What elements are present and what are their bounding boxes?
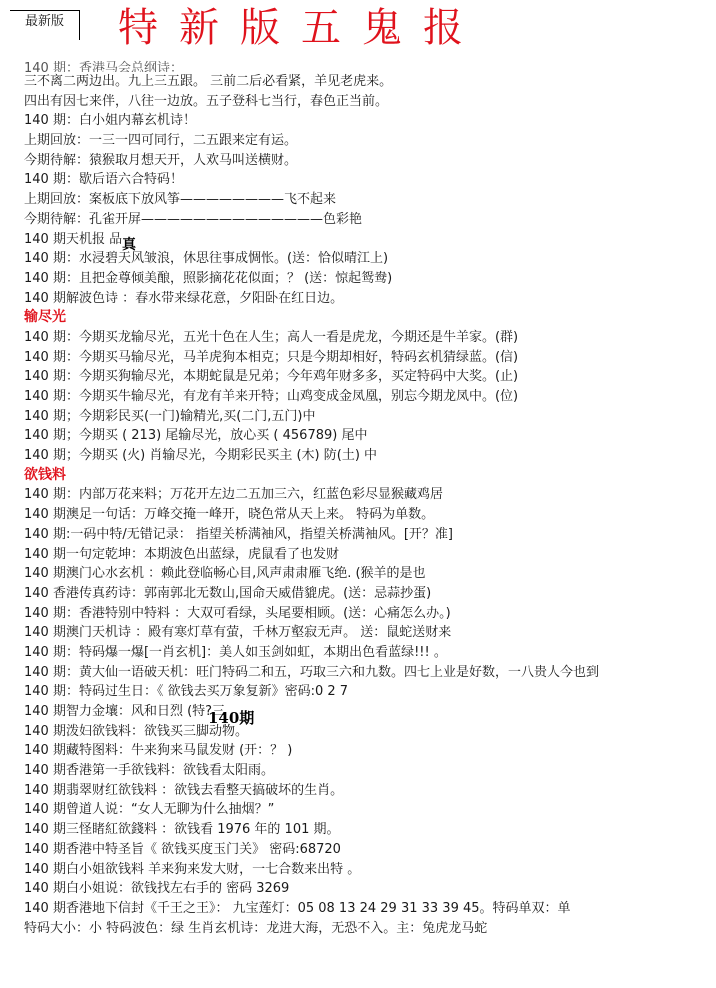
text-line: 140 期；今期买 ( 213) 尾输尽光，放心买 ( 456789) 尾中 — [24, 426, 714, 446]
text-line: 140 期一句定乾坤：本期波色出蓝绿，虎鼠看了也发财 — [24, 545, 714, 565]
text-line: 三不离二两边出。九上三五跟。 三前二后必看紧，羊见老虎来。 — [24, 72, 714, 92]
text-line: 140 期澳足一句话：万峰交掩一峰开，晓色常从天上来。 特码为单数。 — [24, 505, 714, 525]
overlay-issue-stamp: 140期 — [208, 707, 254, 728]
text-line: 140 期：特码爆一爆[一肖玄机]：美人如玉剑如虹，本期出色看蓝绿!!! 。 — [24, 643, 714, 663]
text-line: 140 期三怪睹紅欲錢料 ：欲钱看 1976 年的 101 期。 — [24, 820, 714, 840]
text-line: 140 期:一码中特/无错记录： 指望关桥满袖风，指望关桥满袖风。[开？准] — [24, 525, 714, 545]
text-line: 140 期：今期买龙输尽光，五光十色在人生；高人一看是虎龙，今期还是牛羊家。(群… — [24, 328, 714, 348]
text-line: 140 期白小姐欲钱料 羊来狗来发大财，一七合数来出特 。 — [24, 860, 714, 880]
text-line: 140 期澳门天机诗 ：殿有寒灯草有萤，千林万壑寂无声。 送：鼠蛇送财来 — [24, 623, 714, 643]
page-title: 特新版五鬼报 — [118, 4, 484, 52]
badge-label: 最新版 — [25, 14, 64, 29]
text-line: 140 期香港地下信封《千王之王》： 九宝莲灯：05 08 13 24 29 3… — [24, 899, 714, 919]
text-line: 140 期：歇后语六合特码！ — [24, 170, 714, 190]
overlay-zhen: 真 — [122, 234, 136, 254]
text-line: 140 期：香港马会总纲诗： — [24, 60, 714, 72]
text-line: 140 期藏特图料：牛来狗来马鼠发财 (开：？ ) — [24, 741, 714, 761]
text-line: 上期回放：一三一四可同行，二五跟来定有运。 — [24, 131, 714, 151]
text-line: 特码大小：小 特码波色：绿 生肖玄机诗：龙进大海，无恐不入。主：兔虎龙马蛇 — [24, 919, 714, 939]
article-body: 140 期：香港马会总纲诗：三不离二两边出。九上三五跟。 三前二后必看紧，羊见老… — [24, 60, 714, 938]
text-line: 四出有因七来伴，八往一边放。五子登科七当行，春色正当前。 — [24, 92, 714, 112]
text-line: 140 期澳门心水玄机 ：赖此登临畅心目,风声肃肃雁飞绝. (猴羊的是也 — [24, 564, 714, 584]
text-line: 140 期：今期买牛输尽光，有龙有羊来开特；山鸡变成金凤凰，别忘今期龙凤中。(位… — [24, 387, 714, 407]
text-line: 140 期曾道人说：“女人无聊为什么抽烟？” — [24, 800, 714, 820]
text-line: 140 香港传真药诗：郭南郭北无数山,国命天威借貔虎。(送：忌蒜抄蛋) — [24, 584, 714, 604]
text-line: 今期待解：猿猴取月想天开，人欢马叫送横财。 — [24, 151, 714, 171]
text-line: 140 期；今期买 (火) 肖输尽光，今期彩民买主 (木) 防(土) 中 — [24, 446, 714, 466]
text-line: 140 期香港第一手欲钱料：欲钱看太阳雨。 — [24, 761, 714, 781]
text-line: 140 期：内部万花来料；万花开左边二五加三六，红蓝色彩尽显猴藏鸡居 — [24, 485, 714, 505]
text-line: 140 期：香港特别中特料 ：大双可看绿，头尾要相顾。(送：心痛怎么办。) — [24, 604, 714, 624]
text-line: 140 期；今期彩民买(一门)输精光,买(二门,五门)中 — [24, 407, 714, 427]
section-heading: 输尽光 — [24, 308, 714, 328]
text-line: 今期待解：孔雀开屏——————————————色彩艳 — [24, 210, 714, 230]
text-line: 140 期：特码过生日：《 欲钱去买万象复新》密码:0 2 7 — [24, 682, 714, 702]
text-line: 140 期泼妇欲钱料：欲钱买三脚动物。 — [24, 722, 714, 742]
text-line: 140 期翡翠财红欲钱料 ：欲钱去看整天搞破坏的生肖。 — [24, 781, 714, 801]
section-heading: 欲钱料 — [24, 466, 714, 486]
latest-edition-badge: 最新版 — [10, 10, 80, 40]
text-line: 上期回放：案板底下放风筝————————飞不起来 — [24, 190, 714, 210]
text-line: 140 期智力金壤：风和日烈 (特?三 — [24, 702, 714, 722]
text-line: 140 期：今期买狗输尽光，本期蛇鼠是兄弟；今年鸡年财多多，买定特码中大奖。(止… — [24, 367, 714, 387]
text-line: 140 期：今期买马输尽光，马羊虎狗本相克；只是今期却相好，特码玄机猜绿蓝。(信… — [24, 348, 714, 368]
text-line: 140 期香港中特圣旨《 欲钱买度玉门关》 密码:68720 — [24, 840, 714, 860]
text-line: 140 期：白小姐内幕玄机诗！ — [24, 111, 714, 131]
text-line: 140 期：且把金尊倾美酿，照影摘花花似面；？ (送：惊起鸳鸯) — [24, 269, 714, 289]
text-line: 140 期解波色诗 ：春水带来绿花意，夕阳卧在红日边。 — [24, 289, 714, 309]
text-line: 140 期白小姐说：欲钱找左右手的 密码 3269 — [24, 879, 714, 899]
text-line: 140 期：黄大仙一语破天机：旺门特码二和五，巧取三六和九数。四七上业是好数，一… — [24, 663, 714, 683]
